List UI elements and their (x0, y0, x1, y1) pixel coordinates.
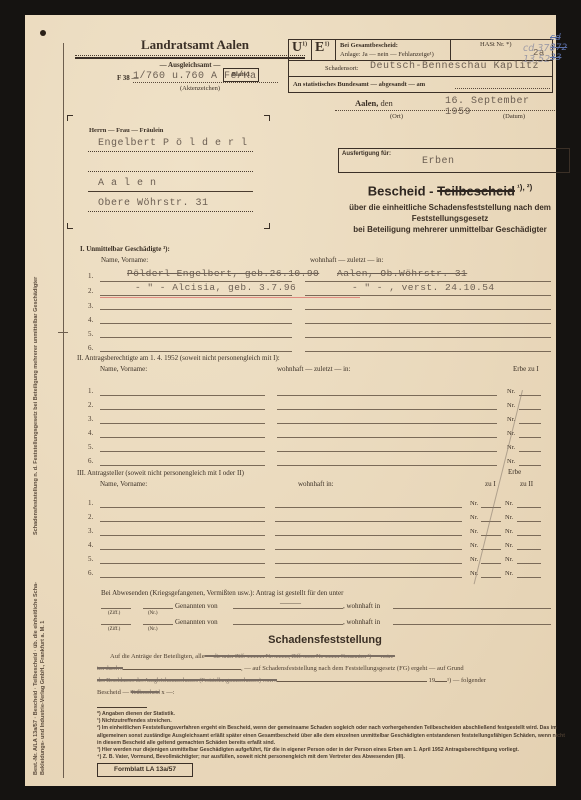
pencil-annotation: cd 370 13.52 (523, 43, 556, 65)
address-corner-mark (264, 115, 270, 121)
address-name-field[interactable]: Engelbert P ö l d e r l (88, 133, 253, 152)
statistik-date-field[interactable] (455, 88, 550, 89)
section-3-erbe-zu1-field[interactable] (481, 563, 501, 564)
section-1-name-field[interactable] (100, 337, 292, 338)
aktenzeichen-label: (Aktenzeichen) (135, 85, 265, 92)
row-number: 4. (88, 541, 98, 549)
section-1-address-field[interactable] (305, 309, 551, 310)
section-1-address-field[interactable] (305, 323, 551, 324)
section-3-name-field[interactable] (100, 507, 265, 508)
row-number: 2. (88, 401, 98, 409)
genannten-label: Genannten von (175, 618, 218, 626)
row-number: 5. (88, 555, 98, 563)
section-2-address-field[interactable] (277, 437, 497, 438)
section-3-erbe-zu2-field[interactable] (517, 549, 541, 550)
footnote-rule (97, 707, 147, 708)
schadensort-label: Schadensort: (325, 65, 359, 72)
nr-label: Nr. (507, 402, 515, 409)
nr-label: Nr. (505, 514, 513, 521)
margin-text-bottom: Best.-Nr. A/LA 13a/57 · Bescheid · Teilb… (33, 560, 57, 775)
row-number: 6. (88, 569, 98, 577)
section-3-erbe-zu1-field[interactable] (481, 535, 501, 536)
section-2-erbe-field[interactable] (519, 409, 541, 410)
section-3-address-field[interactable] (275, 521, 462, 522)
anlage-line: Anlage: Ja — nein — Fehlanzeige¹) (340, 50, 434, 59)
nr-label: Nr. (470, 556, 478, 563)
section-1-col-name: Name, Vorname: (101, 256, 148, 264)
genannten-label: Genannten von (175, 602, 218, 610)
divider (450, 40, 451, 60)
e-footnote: 1) (324, 41, 329, 47)
footnote: ¹) Nichtzutreffendes streichen. (97, 718, 567, 725)
ausfertigung-field[interactable]: Erben (422, 156, 455, 167)
section-2-address-field[interactable] (277, 451, 497, 452)
section-2-name-field[interactable] (100, 465, 265, 466)
section-3-address-field[interactable] (275, 549, 462, 550)
place-value: Aalen, (355, 98, 378, 108)
section-3-address-field[interactable] (275, 577, 462, 578)
section-3-col-zu2: zu II (520, 480, 533, 488)
sub-office: — Ausgleichsamt — (75, 61, 305, 69)
abwesende-nr-field[interactable] (143, 608, 173, 609)
section-1-name-field[interactable] (100, 323, 292, 324)
margin-text-top: Schadensfeststellung n. d. Feststellungs… (33, 250, 57, 535)
row-number: 5. (88, 443, 98, 451)
den-label: den (378, 98, 392, 108)
section-3-erbe-zu2-field[interactable] (517, 563, 541, 564)
schadensfeststellung-line-2: ten durch x, — auf Schadensfeststellung … (97, 663, 567, 675)
abwesende-ziff-field[interactable] (101, 608, 131, 609)
schadensfeststellung-line-1: Auf die Anträge der Beteiligten, alle — … (110, 651, 580, 663)
address-line2-field[interactable] (88, 153, 253, 172)
section-2-name-field[interactable] (100, 451, 265, 452)
gesamt-line: Bei Gesamtbescheid: (340, 41, 434, 50)
section-2-name-field[interactable] (100, 409, 265, 410)
para-text: Auf die Anträge der Beteiligten, alle (110, 653, 205, 660)
address-corner-mark (67, 115, 73, 121)
title-bescheid: Bescheid - (368, 183, 437, 198)
para-struck-text: des Beschlusses des Ausgleichsausschusse… (97, 677, 277, 684)
nr-label: Nr. (505, 528, 513, 535)
address-corner-mark (264, 223, 270, 229)
section-3-address-field[interactable] (275, 507, 462, 508)
row-number: 5. (88, 330, 98, 338)
nr-small-label: (Nr.) (148, 611, 158, 616)
row-number: 4. (88, 429, 98, 437)
title-footnote-refs: ¹), ²) (515, 183, 532, 192)
nr-label: Nr. (470, 500, 478, 507)
subtitle-line: Feststellungsgesetz (315, 213, 581, 224)
abwesende-intro: Bei Abwesenden (Kriegsgefangenen, Vermiß… (101, 589, 343, 597)
date-line (335, 110, 555, 111)
section-3-name-field[interactable] (100, 549, 265, 550)
section-1-title: I. Unmittelbar Geschädigte ³): (80, 245, 170, 253)
section-2-erbe-field[interactable] (519, 451, 541, 452)
margin-text-line: Bekleidungs- und Industrie-Verlag GmbH.,… (40, 621, 46, 775)
section-2-address-field[interactable] (277, 465, 497, 466)
nr-label: Nr. (507, 388, 515, 395)
para-text: x —: (160, 689, 175, 696)
nr-small-label: (Nr.) (148, 627, 158, 632)
section-2-erbe-field[interactable] (519, 423, 541, 424)
section-3-erbe-zu1-field[interactable] (481, 549, 501, 550)
section-2-col-address: wohnhaft — zuletzt — in: (277, 365, 350, 373)
hast-label: HASt Nr. *) (480, 41, 512, 48)
document-page: Schadensfeststellung n. d. Feststellungs… (25, 15, 556, 786)
row-number: 3. (88, 415, 98, 423)
u-footnote: 1) (302, 41, 307, 47)
para-struck-text: ten durch x (97, 665, 123, 672)
section-1-name-field[interactable]: - " - Alcisia, geb. 3.7.96 (135, 282, 296, 293)
dash-entry: ——— (280, 599, 301, 607)
section-3-name-field[interactable] (100, 521, 265, 522)
footnote: ²) Im einheitlichen Feststellungsverfahr… (97, 725, 567, 747)
section-2-col-erbe: Erbe zu I (513, 365, 539, 373)
section-3-col-zu1: zu I (485, 480, 496, 488)
section-1-name-field[interactable] (100, 309, 292, 310)
subtitle-line: über die einheitliche Schadensfeststellu… (315, 202, 581, 213)
schadensfeststellung-line-4: Bescheid — Teilbescheid x —: (97, 687, 567, 699)
margin-text-line: Best.-Nr. A/LA 13a/57 · Bescheid · Teilb… (33, 582, 39, 775)
pencil-slash-mark (474, 390, 523, 584)
section-2-name-field[interactable] (100, 437, 265, 438)
punch-hole (40, 30, 46, 36)
date-field[interactable]: 16. September 1959 (445, 96, 556, 118)
beschluss-date-field[interactable] (277, 681, 427, 682)
document-subtitle: über die einheitliche Schadensfeststellu… (315, 202, 581, 235)
office-title: Landratsamt Aalen (95, 37, 295, 53)
row-number: 1. (88, 499, 98, 507)
row-number: 3. (88, 302, 98, 310)
entry-line (100, 295, 292, 296)
section-2-erbe-field[interactable] (519, 465, 541, 466)
red-underline (100, 297, 360, 298)
section-3-col-name: Name, Vorname: (100, 480, 147, 488)
margin-rule (63, 43, 64, 778)
aktenzeichen-field[interactable]: 1/760 u.760 A Fe/Ka (133, 71, 278, 83)
section-1-address-field[interactable]: Aalen, Ob.Wöhrstr. 31 (337, 268, 467, 279)
ziff-label: (Ziff.) (108, 627, 120, 632)
nr-label: Nr. (505, 500, 513, 507)
schadensfeststellung-line-3: des Beschlusses des Ausgleichsausschusse… (97, 675, 567, 687)
section-3-title: III. Antragsteller (soweit nicht persone… (77, 469, 244, 477)
section-2-address-field[interactable] (277, 423, 497, 424)
row-number: 4. (88, 316, 98, 324)
section-2-address-field[interactable] (277, 409, 497, 410)
abwesende-wohnort-field[interactable] (393, 624, 551, 625)
gesamtbescheid-note: Bei Gesamtbescheid: Anlage: Ja — nein — … (340, 41, 434, 59)
vertreter-field[interactable] (123, 669, 241, 670)
row-number: 2. (88, 287, 98, 295)
section-2-name-field[interactable] (100, 423, 265, 424)
nr-label: Nr. (470, 514, 478, 521)
abwesende-ziff-field[interactable] (101, 624, 131, 625)
nr-label: Nr. (470, 528, 478, 535)
section-3-name-field[interactable] (100, 563, 265, 564)
nr-label: Nr. (507, 458, 515, 465)
ausfertigung-label: Ausfertigung für: (342, 151, 391, 157)
footnotes: *) Angaben dienen der Statistik. ¹) Nich… (97, 711, 567, 761)
schadensfeststellung-title: Schadensfeststellung (175, 634, 475, 646)
e-checkbox[interactable]: E1) (313, 40, 336, 60)
section-1-col-address: wohnhaft — zuletzt — in: (310, 256, 383, 264)
nr-label: Nr. (470, 542, 478, 549)
row-number: 6. (88, 457, 98, 465)
u-label: U (292, 40, 302, 55)
datum-label: (Datum) (503, 113, 525, 120)
section-2-erbe-field[interactable] (519, 437, 541, 438)
address-street-field[interactable]: Obere Wöhrstr. 31 (88, 193, 253, 212)
abwesende-nr-field[interactable] (143, 624, 173, 625)
section-3-erbe-zu1-field[interactable] (481, 521, 501, 522)
para-struck-text: Teilbescheid (131, 689, 160, 696)
e-label: E (315, 40, 324, 55)
row-number: 1. (88, 272, 98, 280)
schadensort-field[interactable]: Deutsch-Benneschau Kaplitz (370, 61, 539, 72)
subtitle-line: bei Beteiligung mehrerer unmittelbar Ges… (315, 224, 581, 235)
row-number: 2. (88, 513, 98, 521)
fold-mark (58, 332, 68, 333)
section-3-erbe-zu1-field[interactable] (481, 577, 501, 578)
section-2-address-field[interactable] (277, 395, 497, 396)
footnote: *) Angaben dienen der Statistik. (97, 711, 567, 718)
abwesende-von-field[interactable] (233, 624, 343, 625)
section-1-address-field[interactable] (305, 351, 551, 352)
wohnhaft-label: , wohnhaft in (343, 618, 380, 626)
section-1-address-field[interactable]: - " - , verst. 24.10.54 (352, 282, 495, 293)
section-1-name-field[interactable]: Pölderl Engelbert, geb.26.10.90 (127, 268, 319, 279)
section-3-name-field[interactable] (100, 535, 265, 536)
section-1-address-field[interactable] (305, 337, 551, 338)
ziff-label: (Ziff.) (108, 611, 120, 616)
section-2-erbe-field[interactable] (519, 395, 541, 396)
row-number: 3. (88, 527, 98, 535)
row-number: 1. (88, 387, 98, 395)
para-text: , — auf Schadensfeststellung nach dem Fe… (241, 665, 464, 672)
para-text: Bescheid — (97, 689, 131, 696)
statistik-label: An statistisches Bundesamt — abgesandt —… (293, 81, 425, 88)
section-3-address-field[interactable] (275, 563, 462, 564)
section-3-name-field[interactable] (100, 577, 265, 578)
section-3-address-field[interactable] (275, 535, 462, 536)
title-teilbescheid-struck: Teilbescheid (437, 183, 515, 198)
section-3-erbe-zu2-field[interactable] (517, 535, 541, 536)
section-3-col-address: wohnhaft in: (298, 480, 334, 488)
abwesende-von-field[interactable] (233, 608, 343, 609)
title-rule (75, 55, 305, 59)
section-3-col-erbe: Erbe (508, 468, 521, 476)
formblatt-label: Formblatt LA 13a/57 (97, 763, 193, 777)
nr-label: Nr. (505, 556, 513, 563)
entry-line (305, 295, 551, 296)
place-label: Aalen, den (355, 98, 393, 108)
address-city-field[interactable]: A a l e n (88, 173, 253, 192)
year-field[interactable] (435, 681, 447, 682)
footnote: ⁴) Z. B. Vater, Vormund, Bevollmächtigte… (97, 754, 567, 761)
u-checkbox[interactable]: U1) (290, 40, 312, 60)
document-title: Bescheid - Teilbescheid ¹), ²) (325, 183, 575, 198)
wohnhaft-label: , wohnhaft in (343, 602, 380, 610)
section-2-name-field[interactable] (100, 395, 265, 396)
section-2-col-name: Name, Vorname: (100, 365, 147, 373)
section-2-title: II. Antragsberechtigte am 1. 4. 1952 (so… (77, 354, 280, 362)
nr-label: Nr. (505, 542, 513, 549)
section-3-erbe-zu2-field[interactable] (517, 521, 541, 522)
row-number: 6. (88, 344, 98, 352)
para-struck-text: — die unter Ziff. xxxxxx Nr. xxxxx, Ziff… (205, 653, 395, 660)
section-3-erbe-zu2-field[interactable] (517, 507, 541, 508)
footnote: ³) Hier werden nur diejenigen unmittelba… (97, 747, 567, 754)
section-1-name-field[interactable] (100, 351, 292, 352)
para-text: ¹) — folgender (447, 677, 486, 684)
ort-label: (Ort) (390, 113, 403, 120)
nr-label: Nr. (505, 570, 513, 577)
address-corner-mark (67, 223, 73, 229)
section-3-erbe-zu2-field[interactable] (517, 577, 541, 578)
section-3-erbe-zu1-field[interactable] (481, 507, 501, 508)
abwesende-wohnort-field[interactable] (393, 608, 551, 609)
